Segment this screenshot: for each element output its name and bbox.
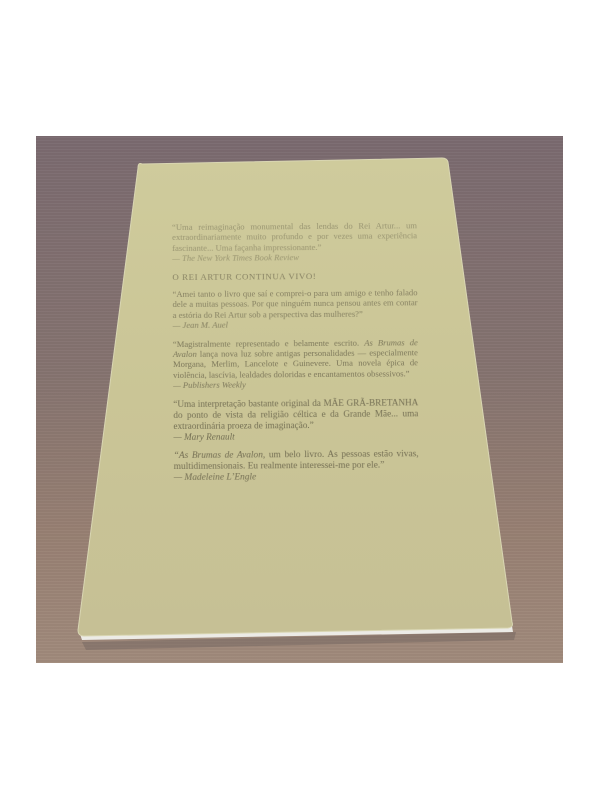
review-attribution: — Madeleine L’Engle xyxy=(174,471,419,484)
review-text: “As Brumas de Avalon, um belo livro. As … xyxy=(174,449,419,473)
review-attribution: — Jean M. Auel xyxy=(173,319,418,331)
review-attribution: — Mary Renault xyxy=(173,430,418,443)
review-attribution: — Publishers Weekly xyxy=(173,379,418,391)
quote-text: “Uma reimaginação monumental das lendas … xyxy=(172,220,417,253)
review-publishers-weekly: “Magistralmente representado e belamente… xyxy=(173,337,418,391)
review-renault: “Uma interpretação bastante original da … xyxy=(173,397,418,443)
book-title: “As Brumas de Avalon xyxy=(174,450,263,461)
quote-attribution: — The New York Times Book Review xyxy=(172,252,417,264)
photo-background-carpet: “Uma reimaginação monumental das lendas … xyxy=(36,136,563,663)
review-auel: “Amei tanto o livro que saí e comprei-o … xyxy=(172,287,417,330)
quote-nyt: “Uma reimaginação monumental das lendas … xyxy=(172,220,417,263)
heading: O REI ARTUR CONTINUA VIVO! xyxy=(172,270,417,282)
review-lengle: “As Brumas de Avalon, um belo livro. As … xyxy=(174,449,419,484)
review-text: “Amei tanto o livro que saí e comprei-o … xyxy=(172,287,417,320)
review-text: “Magistralmente representado e belamente… xyxy=(173,337,418,380)
review-text-rest: lança nova luz sobre antigas personalida… xyxy=(173,347,418,380)
back-cover-text: “Uma reimaginação monumental das lendas … xyxy=(172,220,419,492)
review-text: “Uma interpretação bastante original da … xyxy=(173,397,418,432)
